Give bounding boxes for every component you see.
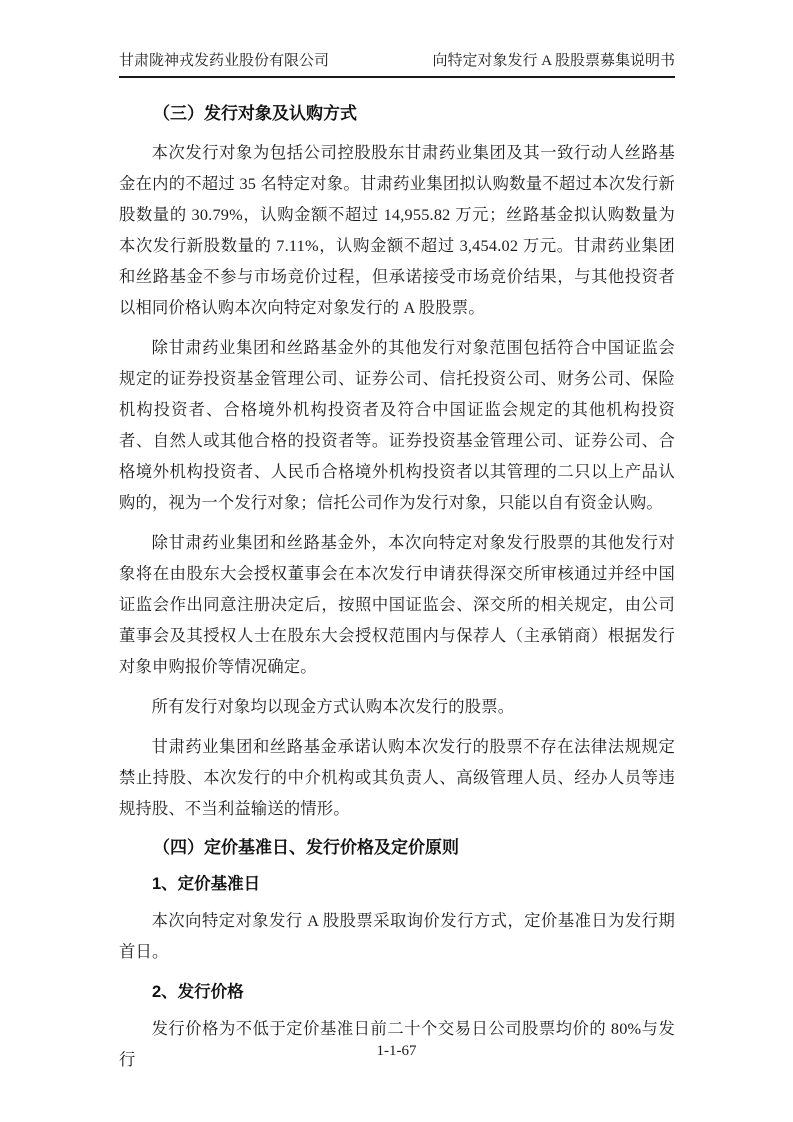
- paragraph-issuance-targets-2: 除甘肃药业集团和丝路基金外的其他发行对象范围包括符合中国证监会规定的证券投资基金…: [119, 332, 675, 518]
- paragraph-issuance-targets-3: 除甘肃药业集团和丝路基金外，本次向特定对象发行股票的其他发行对象将在由股东大会授…: [119, 527, 675, 682]
- header-company-name: 甘肃陇神戎发药业股份有限公司: [119, 52, 329, 71]
- header-document-title: 向特定对象发行 A 股股票募集说明书: [432, 52, 675, 71]
- subsection-heading-issue-price: 2、发行价格: [119, 981, 675, 1003]
- paragraph-compliance-commitment: 甘肃药业集团和丝路基金承诺认购本次发行的股票不存在法律法规规定禁止持股、本次发行…: [119, 731, 675, 824]
- document-page: 甘肃陇神戎发药业股份有限公司 向特定对象发行 A 股股票募集说明书 （三）发行对…: [0, 0, 793, 1122]
- paragraph-issuance-targets-1: 本次发行对象为包括公司控股股东甘肃药业集团及其一致行动人丝路基金在内的不超过 3…: [119, 137, 675, 323]
- document-body: （三）发行对象及认购方式 本次发行对象为包括公司控股股东甘肃药业集团及其一致行动…: [119, 102, 675, 1075]
- section-heading-issuance-targets: （三）发行对象及认购方式: [119, 102, 675, 125]
- subsection-heading-pricing-base-date: 1、定价基准日: [119, 873, 675, 895]
- paragraph-pricing-base-date: 本次向特定对象发行 A 股股票采取询价发行方式，定价基准日为发行期首日。: [119, 905, 675, 967]
- page-number: 1-1-67: [377, 1043, 417, 1059]
- section-heading-pricing: （四）定价基准日、发行价格及定价原则: [119, 836, 675, 859]
- page-header: 甘肃陇神戎发药业股份有限公司 向特定对象发行 A 股股票募集说明书: [119, 52, 675, 78]
- paragraph-cash-subscription: 所有发行对象均以现金方式认购本次发行的股票。: [119, 691, 675, 722]
- page-footer: 1-1-67: [0, 1043, 793, 1060]
